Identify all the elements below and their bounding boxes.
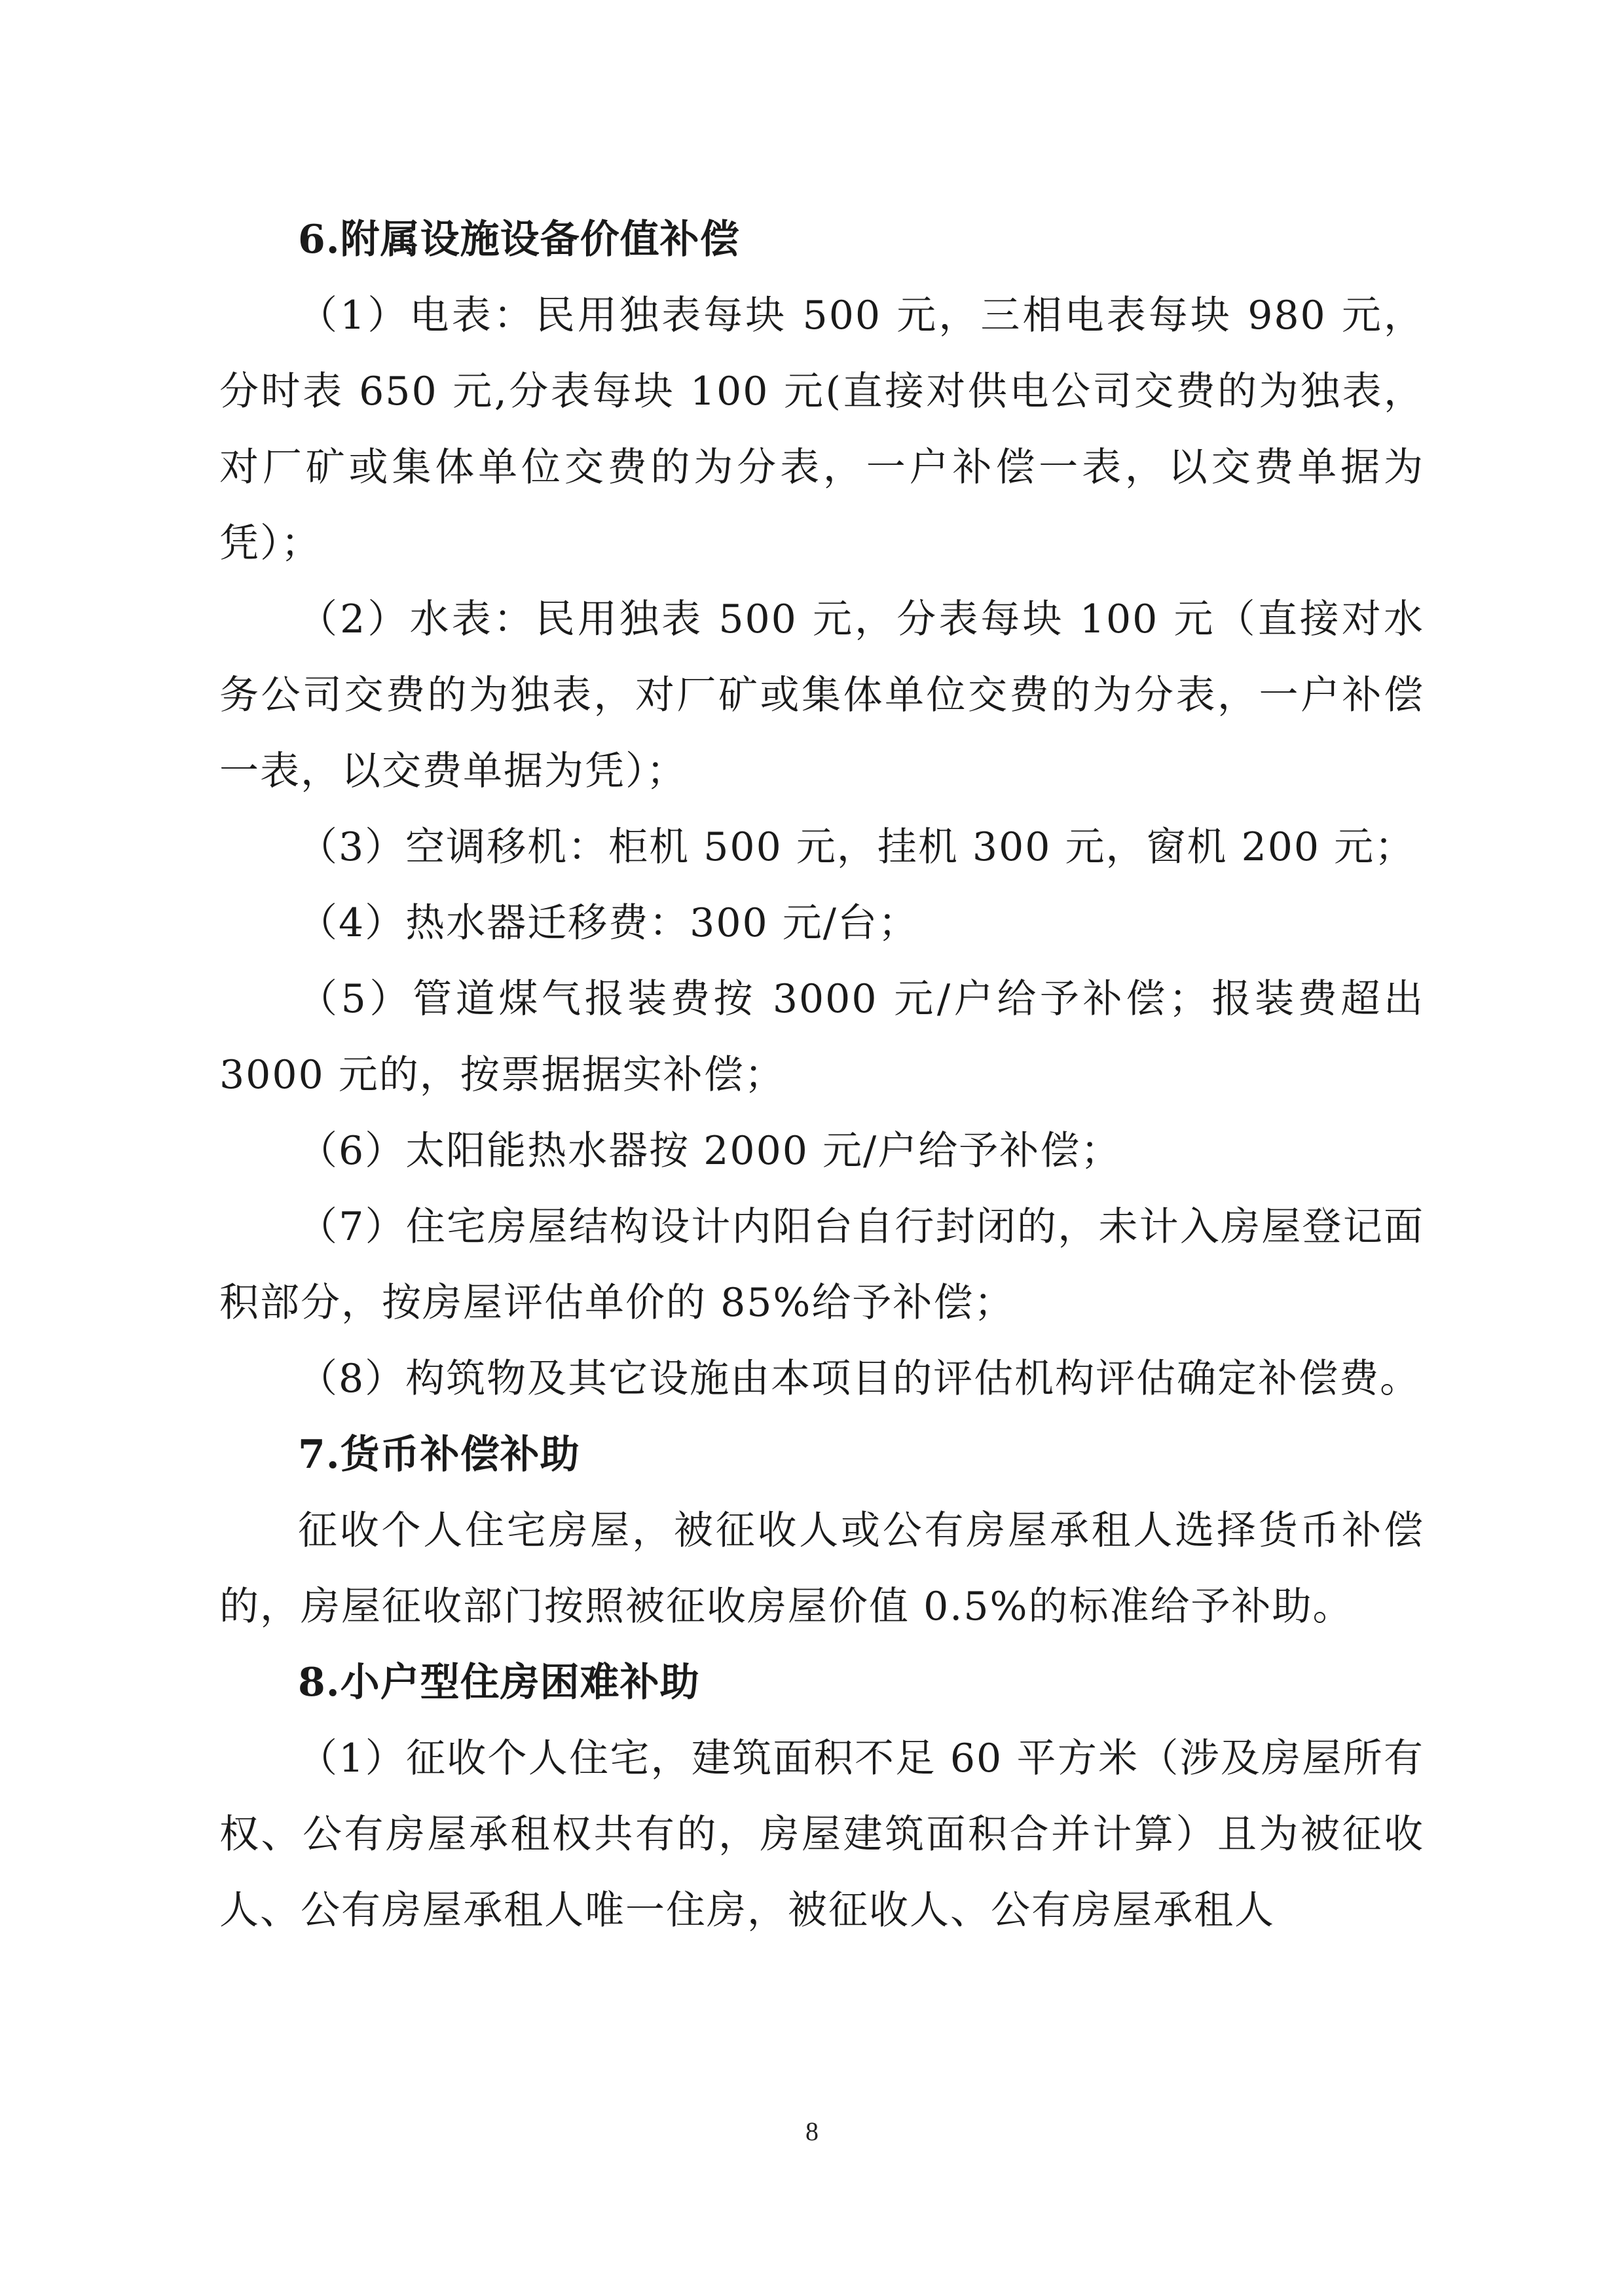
paragraph: （6）太阳能热水器按 2000 元/户给予补偿；	[219, 1113, 1424, 1189]
paragraph: （3）空调移机：柜机 500 元，挂机 300 元，窗机 200 元；	[219, 809, 1424, 885]
paragraph: （5）管道煤气报装费按 3000 元/户给予补偿；报装费超出 3000 元的，按…	[219, 961, 1424, 1113]
section-small-housing-subsidy: 8.小户型住房困难补助 （1）征收个人住宅，建筑面积不足 60 平方米（涉及房屋…	[219, 1645, 1424, 1948]
paragraph: （1）电表：民用独表每块 500 元，三相电表每块 980 元，分时表 650 …	[219, 278, 1424, 581]
paragraph: （8）构筑物及其它设施由本项目的评估机构评估确定补偿费。	[219, 1341, 1424, 1417]
document-body: 6.附属设施设备价值补偿 （1）电表：民用独表每块 500 元，三相电表每块 9…	[219, 202, 1424, 1948]
paragraph: （1）征收个人住宅，建筑面积不足 60 平方米（涉及房屋所有权、公有房屋承租权共…	[219, 1721, 1424, 1948]
paragraph: （2）水表：民用独表 500 元，分表每块 100 元（直接对水务公司交费的为独…	[219, 581, 1424, 809]
section-attached-facilities: 6.附属设施设备价值补偿 （1）电表：民用独表每块 500 元，三相电表每块 9…	[219, 202, 1424, 1417]
section-heading: 7.货币补偿补助	[219, 1417, 1424, 1493]
paragraph: （7）住宅房屋结构设计内阳台自行封闭的，未计入房屋登记面积部分，按房屋评估单价的…	[219, 1189, 1424, 1341]
paragraph: （4）热水器迁移费：300 元/台；	[219, 885, 1424, 961]
paragraph: 征收个人住宅房屋，被征收人或公有房屋承租人选择货币补偿的，房屋征收部门按照被征收…	[219, 1493, 1424, 1645]
section-heading: 6.附属设施设备价值补偿	[219, 202, 1424, 278]
section-monetary-compensation: 7.货币补偿补助 征收个人住宅房屋，被征收人或公有房屋承租人选择货币补偿的，房屋…	[219, 1417, 1424, 1645]
section-heading: 8.小户型住房困难补助	[219, 1645, 1424, 1721]
page-number: 8	[0, 2116, 1624, 2147]
